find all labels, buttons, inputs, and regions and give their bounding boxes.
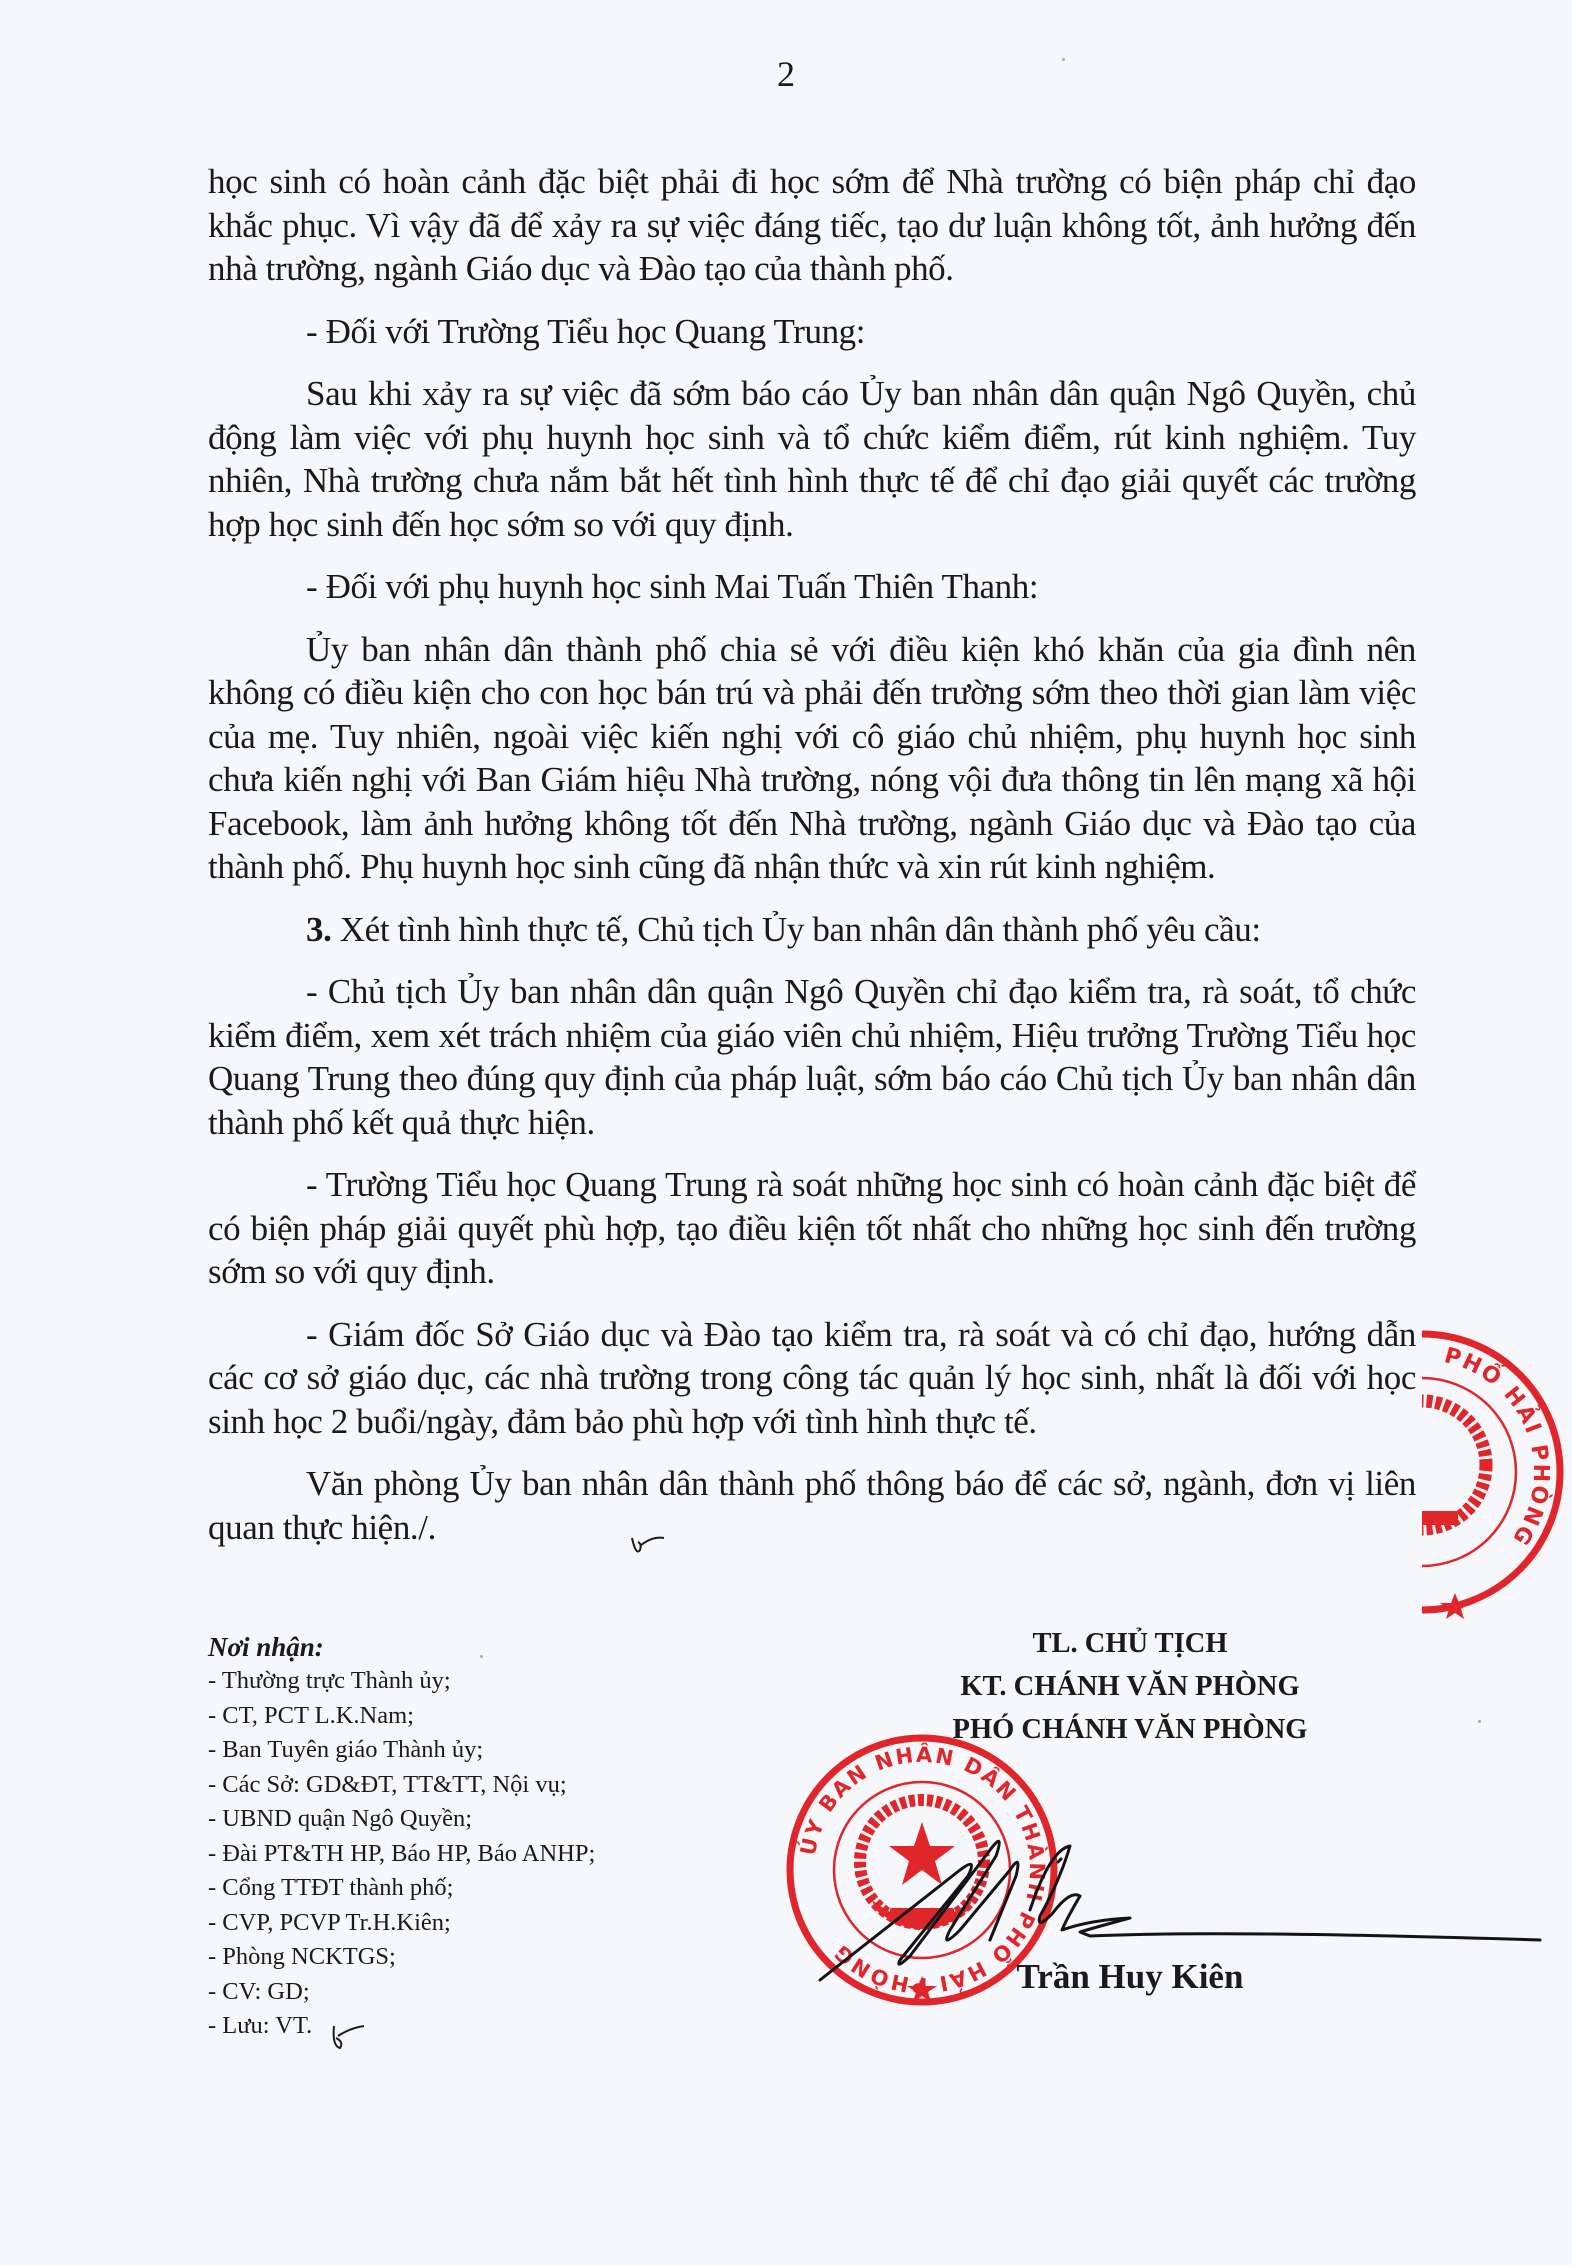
signer-office: KT. CHÁNH VĂN PHÒNG bbox=[880, 1665, 1380, 1708]
paragraph: Sau khi xảy ra sự việc đã sớm báo cáo Ủy… bbox=[208, 372, 1416, 546]
signature-block: TL. CHỦ TỊCH KT. CHÁNH VĂN PHÒNG PHÓ CHÁ… bbox=[880, 1622, 1380, 1751]
recipient-item: - CT, PCT L.K.Nam; bbox=[208, 1699, 728, 1734]
recipients-title: Nơi nhận: bbox=[208, 1630, 728, 1664]
signer-authority: TL. CHỦ TỊCH bbox=[880, 1622, 1380, 1665]
recipient-item: - Cổng TTĐT thành phố; bbox=[208, 1871, 728, 1906]
edge-seal: PHỐ HẢI PHÒNG bbox=[1280, 1325, 1572, 1620]
request-item: - Chủ tịch Ủy ban nhân dân quận Ngô Quyề… bbox=[208, 970, 1416, 1144]
recipient-item: - Thường trực Thành ủy; bbox=[208, 1664, 728, 1699]
paragraph: Ủy ban nhân dân thành phố chia sẻ với đi… bbox=[208, 628, 1416, 889]
initial-mark-icon bbox=[628, 1530, 668, 1560]
recipient-item: - Ban Tuyên giáo Thành ủy; bbox=[208, 1733, 728, 1768]
closing-paragraph: Văn phòng Ủy ban nhân dân thành phố thôn… bbox=[208, 1462, 1416, 1549]
paragraph: học sinh có hoàn cảnh đặc biệt phải đi h… bbox=[208, 160, 1416, 291]
recipient-item: - Lưu: VT. bbox=[208, 2009, 728, 2044]
recipients-list: Nơi nhận: - Thường trực Thành ủy; - CT, … bbox=[208, 1630, 728, 2044]
section-heading-text: Xét tình hình thực tế, Chủ tịch Ủy ban n… bbox=[331, 910, 1260, 949]
request-item: - Trường Tiểu học Quang Trung rà soát nh… bbox=[208, 1163, 1416, 1294]
section-heading-parent: - Đối với phụ huynh học sinh Mai Tuấn Th… bbox=[208, 565, 1416, 609]
section-number: 3. bbox=[306, 910, 331, 949]
recipient-item: - Các Sở: GD&ĐT, TT&TT, Nội vụ; bbox=[208, 1768, 728, 1803]
scan-speck bbox=[480, 1655, 483, 1658]
request-item: - Giám đốc Sở Giáo dục và Đào tạo kiểm t… bbox=[208, 1313, 1416, 1444]
initial-mark-icon bbox=[328, 2020, 368, 2054]
section-heading-school: - Đối với Trường Tiểu học Quang Trung: bbox=[208, 310, 1416, 354]
scan-speck bbox=[1478, 1720, 1481, 1723]
recipient-item: - CVP, PCVP Tr.H.Kiên; bbox=[208, 1906, 728, 1941]
signer-name: Trần Huy Kiên bbox=[880, 1955, 1380, 1999]
recipient-item: - UBND quận Ngô Quyền; bbox=[208, 1802, 728, 1837]
recipient-item: - CV: GD; bbox=[208, 1975, 728, 2010]
edge-seal-icon: PHỐ HẢI PHÒNG bbox=[1280, 1325, 1572, 1620]
recipient-item: - Phòng NCKTGS; bbox=[208, 1940, 728, 1975]
scan-speck bbox=[1062, 58, 1065, 61]
svg-text:PHỐ HẢI PHÒNG: PHỐ HẢI PHÒNG bbox=[1441, 1343, 1553, 1550]
signer-title: PHÓ CHÁNH VĂN PHÒNG bbox=[880, 1708, 1380, 1751]
section-heading-requests: 3. Xét tình hình thực tế, Chủ tịch Ủy ba… bbox=[208, 908, 1416, 952]
recipient-item: - Đài PT&TH HP, Báo HP, Báo ANHP; bbox=[208, 1837, 728, 1872]
page-number: 2 bbox=[0, 52, 1572, 96]
document-body: học sinh có hoàn cảnh đặc biệt phải đi h… bbox=[208, 160, 1416, 1568]
